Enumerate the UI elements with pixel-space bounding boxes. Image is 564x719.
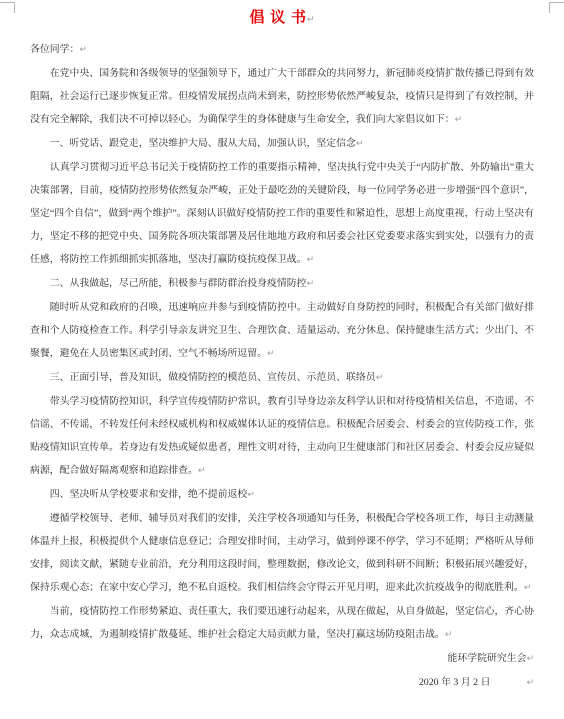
paragraph-mark-icon: ↵ — [524, 583, 532, 593]
paragraph-mark-icon: ↵ — [445, 630, 453, 640]
paragraph-mark-icon: ↵ — [307, 279, 315, 289]
section-heading-3: 三、正面引导，普及知识，做疫情防控的模范员、宣传员、示范员、联络员↵ — [30, 366, 534, 390]
document-body: 各位同学：↵在党中央、国务院和各级领导的坚强领导下，通过广大干部群众的共同努力，… — [30, 38, 534, 695]
paragraph-1-text: 认真学习贯彻习近平总书记关于疫情防控工作的重要指示精神，坚决执行党中央关于“内防… — [30, 162, 534, 265]
paragraph-mark-icon: ↵ — [455, 115, 463, 125]
paragraph-intro: 在党中央、国务院和各级领导的坚强领导下，通过广大干部群众的共同努力，新冠肺炎疫情… — [30, 62, 534, 132]
salutation-text: 各位同学： — [30, 44, 79, 55]
paragraph-2-text: 随时听从党和政府的召唤，迅速响应并参与到疫情防控中。主动做好自身防控的同时，积极… — [30, 302, 534, 359]
paragraph-closing: 当前，疫情防控工作形势紧迫、责任重大，我们要迅速行动起来，从现在做起，从自身做起… — [30, 600, 534, 647]
date-line-text: 2020 年 3 月 2 日 — [419, 677, 491, 688]
document-title: 倡 议 书↵ — [30, 6, 534, 32]
paragraph-mark-icon: ↵ — [79, 45, 87, 55]
paragraph-closing-text: 当前，疫情防控工作形势紧迫、责任重大，我们要迅速行动起来，从现在做起，从自身做起… — [30, 606, 534, 640]
page-margin-corner-mark-left — [0, 2, 15, 13]
date-line: 2020 年 3 月 2 日↵ — [30, 671, 534, 695]
section-heading-4: 四、坚决听从学校要求和安排，绝不提前返校↵ — [30, 483, 534, 507]
paragraph-mark-icon: ↵ — [307, 255, 315, 265]
salutation: 各位同学：↵ — [30, 38, 534, 62]
paragraph-mark-icon: ↵ — [247, 490, 255, 500]
paragraph-mark-icon: ↵ — [526, 654, 534, 664]
paragraph-4: 遵循学校领导、老师、辅导员对我们的安排，关注学校各项通知与任务，积极配合学校各项… — [30, 507, 534, 600]
paragraph-1: 认真学习贯彻习近平总书记关于疫情防控工作的重要指示精神，坚决执行党中央关于“内防… — [30, 156, 534, 272]
paragraph-mark-icon: ↵ — [267, 349, 275, 359]
paragraph-3-text: 带头学习疫情防控知识，科学宣传疫情防护常识，教育引导身边亲友科学认识和对待疫情相… — [30, 396, 534, 476]
paragraph-mark-icon: ↵ — [307, 15, 315, 25]
word-document-page: { "page": { "width": 564, "height": 719,… — [0, 0, 564, 719]
section-heading-4-text: 四、坚决听从学校要求和安排，绝不提前返校 — [50, 489, 248, 500]
paragraph-mark-icon: ↵ — [198, 466, 206, 476]
document: 倡 议 书↵ 各位同学：↵在党中央、国务院和各级领导的坚强领导下，通过广大干部群… — [0, 0, 564, 695]
section-heading-2: 二、从我做起，尽己所能，积极参与群防群治投身疫情防控↵ — [30, 272, 534, 296]
paragraph-mark-icon: ↵ — [526, 678, 534, 688]
paragraph-3: 带头学习疫情防控知识，科学宣传疫情防护常识，教育引导身边亲友科学认识和对待疫情相… — [30, 390, 534, 483]
title-text: 倡 议 书 — [249, 10, 307, 26]
signature: 能环学院研究生会↵ — [30, 647, 534, 671]
paragraph-mark-icon: ↵ — [356, 139, 364, 149]
section-heading-1-text: 一、听党话、跟党走，坚决维护大局、服从大局，加强认识，坚定信念 — [50, 138, 356, 149]
section-heading-2-text: 二、从我做起，尽己所能，积极参与群防群治投身疫情防控 — [50, 278, 307, 289]
paragraph-4-text: 遵循学校领导、老师、辅导员对我们的安排，关注学校各项通知与任务，积极配合学校各项… — [30, 513, 534, 593]
section-heading-3-text: 三、正面引导，普及知识，做疫情防控的模范员、宣传员、示范员、联络员 — [50, 372, 376, 383]
section-heading-1: 一、听党话、跟党走，坚决维护大局、服从大局，加强认识，坚定信念↵ — [30, 132, 534, 156]
signature-text: 能环学院研究生会 — [447, 653, 526, 664]
paragraph-2: 随时听从党和政府的召唤，迅速响应并参与到疫情防控中。主动做好自身防控的同时，积极… — [30, 296, 534, 366]
paragraph-mark-icon: ↵ — [376, 373, 384, 383]
page-margin-corner-mark-right — [549, 2, 564, 13]
